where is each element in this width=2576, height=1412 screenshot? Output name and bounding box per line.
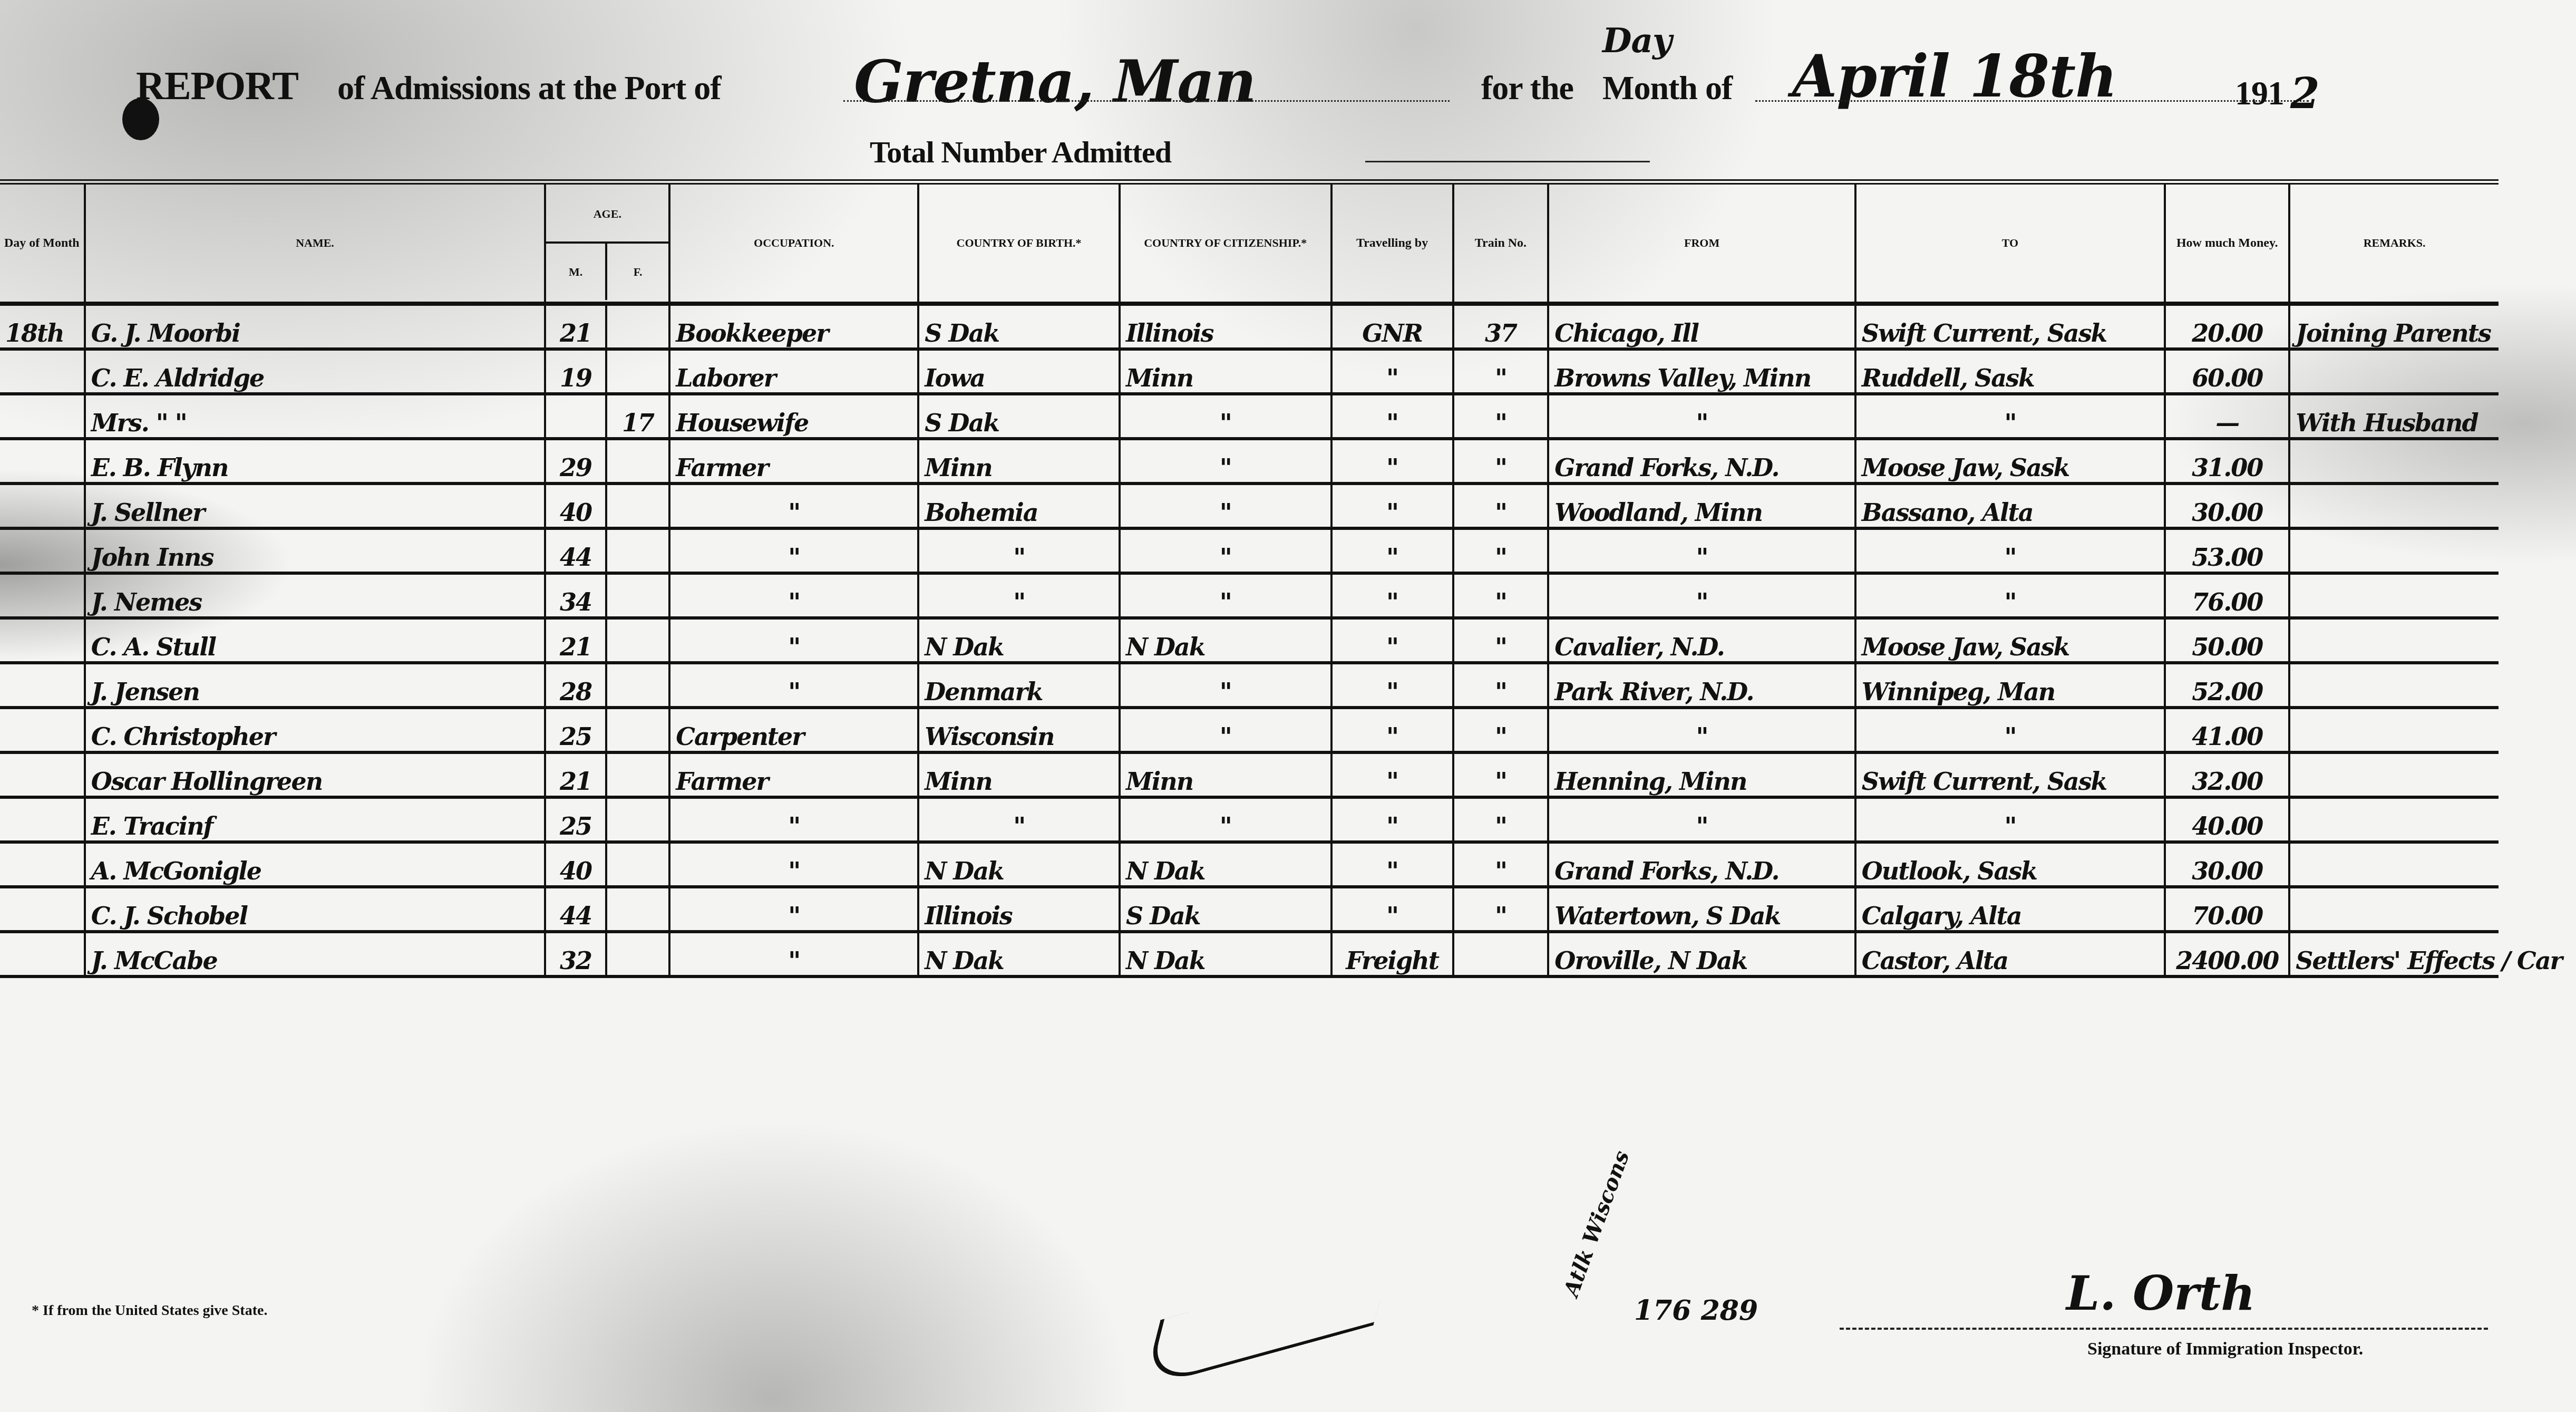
cell-country-birth: Denmark xyxy=(918,663,1120,708)
cell-country-citizenship: " xyxy=(1120,797,1331,842)
cell-travelling-by: " xyxy=(1331,483,1453,528)
cell-remarks xyxy=(2289,573,2499,618)
cell-travelling-by: " xyxy=(1331,394,1453,439)
cell-age-m: 34 xyxy=(545,573,606,618)
for-the-label: for the xyxy=(1481,69,1573,108)
cell-day xyxy=(0,573,85,618)
cell-money: 20.00 xyxy=(2165,304,2289,349)
cell-age-m: 29 xyxy=(545,439,606,483)
cell-age-m: 28 xyxy=(545,663,606,708)
cell-occupation: Farmer xyxy=(669,752,918,797)
cell-train-no: " xyxy=(1453,349,1549,394)
table-row: E. B. Flynn29FarmerMinn"""Grand Forks, N… xyxy=(0,439,2499,483)
cell-country-citizenship: Minn xyxy=(1120,752,1331,797)
cell-country-birth: N Dak xyxy=(918,932,1120,976)
cell-age-m: 25 xyxy=(545,797,606,842)
cell-country-citizenship: " xyxy=(1120,573,1331,618)
col-remarks: REMARKS. xyxy=(2289,185,2499,304)
cell-travelling-by: " xyxy=(1331,663,1453,708)
cell-country-citizenship: N Dak xyxy=(1120,618,1331,663)
col-day: Day of Month xyxy=(0,185,85,304)
cell-occupation: " xyxy=(669,932,918,976)
cell-occupation: Bookkeeper xyxy=(669,304,918,349)
cell-to: " xyxy=(1855,573,2165,618)
cell-to: Outlook, Sask xyxy=(1855,842,2165,887)
cell-to: Moose Jaw, Sask xyxy=(1855,439,2165,483)
cell-to: " xyxy=(1855,797,2165,842)
cell-money: 30.00 xyxy=(2165,842,2289,887)
cell-to: Winnipeg, Man xyxy=(1855,663,2165,708)
cell-travelling-by: " xyxy=(1331,797,1453,842)
cell-occupation: " xyxy=(669,887,918,932)
cell-remarks xyxy=(2289,797,2499,842)
cell-age-m: 32 xyxy=(545,932,606,976)
table-row: C. J. Schobel44"IllinoisS Dak""Watertown… xyxy=(0,887,2499,932)
cell-day xyxy=(0,483,85,528)
cell-country-birth: Bohemia xyxy=(918,483,1120,528)
cell-money: 31.00 xyxy=(2165,439,2289,483)
cell-money: 60.00 xyxy=(2165,349,2289,394)
cell-age-f xyxy=(606,797,670,842)
table-row: J. McCabe32"N DakN DakFreightOroville, N… xyxy=(0,932,2499,976)
total-admitted-field xyxy=(1365,161,1650,162)
cell-age-m: 25 xyxy=(545,708,606,752)
cell-remarks xyxy=(2289,887,2499,932)
cell-from: Grand Forks, N.D. xyxy=(1548,842,1855,887)
cell-to: " xyxy=(1855,394,2165,439)
cell-to: Ruddell, Sask xyxy=(1855,349,2165,394)
cell-train-no: " xyxy=(1453,752,1549,797)
cell-age-m: 44 xyxy=(545,887,606,932)
signature-label: Signature of Immigration Inspector. xyxy=(2087,1339,2363,1359)
cell-to: Swift Current, Sask xyxy=(1855,752,2165,797)
cell-country-birth: " xyxy=(918,797,1120,842)
cell-train-no: " xyxy=(1453,483,1549,528)
cell-train-no: " xyxy=(1453,394,1549,439)
total-admitted-label: Total Number Admitted xyxy=(870,134,1171,170)
cell-country-birth: Minn xyxy=(918,752,1120,797)
signature-line xyxy=(1840,1328,2488,1330)
cell-from: Chicago, Ill xyxy=(1548,304,1855,349)
cell-name: C. Christopher xyxy=(85,708,546,752)
cell-from: " xyxy=(1548,528,1855,573)
cell-occupation: " xyxy=(669,797,918,842)
cell-travelling-by: " xyxy=(1331,752,1453,797)
table-row: C. A. Stull21"N DakN Dak""Cavalier, N.D.… xyxy=(0,618,2499,663)
port-field: Gretna, Man xyxy=(854,47,1256,115)
table-row: E. Tracinf25"""""""40.00 xyxy=(0,797,2499,842)
cell-age-m: 44 xyxy=(545,528,606,573)
year-printed: 191 xyxy=(2235,74,2284,113)
cell-day xyxy=(0,618,85,663)
cell-age-m xyxy=(545,394,606,439)
cell-train-no: " xyxy=(1453,887,1549,932)
cell-day xyxy=(0,932,85,976)
cell-country-birth: " xyxy=(918,528,1120,573)
cell-age-m: 21 xyxy=(545,304,606,349)
cell-from: " xyxy=(1548,708,1855,752)
margin-note: Atlk Wiscons xyxy=(1560,1148,1634,1299)
cell-from: Henning, Minn xyxy=(1548,752,1855,797)
cell-name: E. B. Flynn xyxy=(85,439,546,483)
cell-from: Watertown, S Dak xyxy=(1548,887,1855,932)
cell-country-citizenship: Minn xyxy=(1120,349,1331,394)
cell-name: G. J. Moorbi xyxy=(85,304,546,349)
cell-money: 30.00 xyxy=(2165,483,2289,528)
table-row: Mrs. " "17HousewifeS Dak"""""—With Husba… xyxy=(0,394,2499,439)
cell-remarks xyxy=(2289,842,2499,887)
cell-age-f xyxy=(606,304,670,349)
cell-name: C. J. Schobel xyxy=(85,887,546,932)
cell-age-m: 40 xyxy=(545,483,606,528)
cell-remarks: Joining Parents xyxy=(2289,304,2499,349)
cell-occupation: Carpenter xyxy=(669,708,918,752)
month-of-label: Month of xyxy=(1602,69,1732,108)
col-country-citizenship: COUNTRY OF CITIZENSHIP.* xyxy=(1120,185,1331,304)
cell-day xyxy=(0,842,85,887)
cell-from: Cavalier, N.D. xyxy=(1548,618,1855,663)
cell-age-m: 21 xyxy=(545,752,606,797)
cell-country-citizenship: " xyxy=(1120,528,1331,573)
day-overwrite: Day xyxy=(1602,21,1671,61)
cell-remarks xyxy=(2289,439,2499,483)
col-money: How much Money. xyxy=(2165,185,2289,304)
cell-age-f xyxy=(606,573,670,618)
cell-age-f xyxy=(606,618,670,663)
cell-money: — xyxy=(2165,394,2289,439)
cell-train-no: " xyxy=(1453,663,1549,708)
cell-name: J. Sellner xyxy=(85,483,546,528)
cell-from: Browns Valley, Minn xyxy=(1548,349,1855,394)
cell-occupation: Laborer xyxy=(669,349,918,394)
col-to: TO xyxy=(1855,185,2165,304)
cell-age-f xyxy=(606,439,670,483)
cell-occupation: " xyxy=(669,528,918,573)
cell-from: Oroville, N Dak xyxy=(1548,932,1855,976)
cell-country-citizenship: S Dak xyxy=(1120,887,1331,932)
cell-country-birth: Wisconsin xyxy=(918,708,1120,752)
cell-name: Oscar Hollingreen xyxy=(85,752,546,797)
cell-age-m: 19 xyxy=(545,349,606,394)
table-row: C. E. Aldridge19LaborerIowaMinn""Browns … xyxy=(0,349,2499,394)
cell-country-citizenship: N Dak xyxy=(1120,932,1331,976)
cell-country-citizenship: N Dak xyxy=(1120,842,1331,887)
port-underline xyxy=(843,100,1450,102)
cell-remarks xyxy=(2289,618,2499,663)
cell-country-citizenship: " xyxy=(1120,708,1331,752)
admissions-label: of Admissions at the Port of xyxy=(337,69,721,108)
inspector-signature: L. Orth xyxy=(2066,1265,2256,1321)
cell-day xyxy=(0,528,85,573)
cell-country-birth: S Dak xyxy=(918,394,1120,439)
report-header: REPORT of Admissions at the Port of Gret… xyxy=(0,0,2576,190)
cell-remarks xyxy=(2289,483,2499,528)
cell-money: 52.00 xyxy=(2165,663,2289,708)
cell-to: Calgary, Alta xyxy=(1855,887,2165,932)
cell-day xyxy=(0,349,85,394)
cell-travelling-by: " xyxy=(1331,842,1453,887)
col-travelling-by: Travelling by xyxy=(1331,185,1453,304)
cell-occupation: Housewife xyxy=(669,394,918,439)
cell-train-no: 37 xyxy=(1453,304,1549,349)
cell-to: Moose Jaw, Sask xyxy=(1855,618,2165,663)
col-name: NAME. xyxy=(85,185,546,304)
cell-name: C. E. Aldridge xyxy=(85,349,546,394)
cell-country-birth: N Dak xyxy=(918,842,1120,887)
cell-travelling-by: " xyxy=(1331,573,1453,618)
cell-from: " xyxy=(1548,394,1855,439)
cell-age-f xyxy=(606,663,670,708)
cell-money: 70.00 xyxy=(2165,887,2289,932)
cell-train-no: " xyxy=(1453,618,1549,663)
col-age: AGE. M. F. xyxy=(545,185,669,304)
cell-name: C. A. Stull xyxy=(85,618,546,663)
cell-day: 18th xyxy=(0,304,85,349)
table-header: Day of Month NAME. AGE. M. F. OCCUPATION… xyxy=(0,185,2499,304)
cell-age-m: 40 xyxy=(545,842,606,887)
cell-money: 2400.00 xyxy=(2165,932,2289,976)
cell-country-birth: S Dak xyxy=(918,304,1120,349)
table-row: John Inns44"""""""53.00 xyxy=(0,528,2499,573)
cell-occupation: " xyxy=(669,573,918,618)
col-from: FROM xyxy=(1548,185,1855,304)
check-mark-icon xyxy=(1143,1257,1391,1389)
cell-remarks xyxy=(2289,528,2499,573)
cell-country-birth: Iowa xyxy=(918,349,1120,394)
cell-age-f xyxy=(606,708,670,752)
cell-day xyxy=(0,439,85,483)
cell-remarks xyxy=(2289,663,2499,708)
admissions-table: Day of Month NAME. AGE. M. F. OCCUPATION… xyxy=(0,179,2499,978)
cell-name: Mrs. " " xyxy=(85,394,546,439)
cell-name: J. Jensen xyxy=(85,663,546,708)
cell-to: " xyxy=(1855,528,2165,573)
col-age-f: F. xyxy=(607,244,668,300)
cell-name: John Inns xyxy=(85,528,546,573)
cell-name: E. Tracinf xyxy=(85,797,546,842)
cell-train-no: " xyxy=(1453,797,1549,842)
cell-travelling-by: " xyxy=(1331,708,1453,752)
cell-age-f xyxy=(606,842,670,887)
cell-day xyxy=(0,797,85,842)
cell-money: 41.00 xyxy=(2165,708,2289,752)
cell-from: Woodland, Minn xyxy=(1548,483,1855,528)
cell-name: J. McCabe xyxy=(85,932,546,976)
cell-from: " xyxy=(1548,573,1855,618)
cell-from: Grand Forks, N.D. xyxy=(1548,439,1855,483)
cell-day xyxy=(0,752,85,797)
cell-to: Bassano, Alta xyxy=(1855,483,2165,528)
cell-age-f xyxy=(606,887,670,932)
cell-money: 40.00 xyxy=(2165,797,2289,842)
cell-day xyxy=(0,708,85,752)
cell-age-m: 21 xyxy=(545,618,606,663)
cell-travelling-by: " xyxy=(1331,349,1453,394)
cell-age-f xyxy=(606,349,670,394)
cell-name: A. McGonigle xyxy=(85,842,546,887)
cell-country-citizenship: " xyxy=(1120,439,1331,483)
col-age-m: M. xyxy=(546,244,607,300)
table-row: 18thG. J. Moorbi21BookkeeperS DakIllinoi… xyxy=(0,304,2499,349)
table-row: J. Nemes34"""""""76.00 xyxy=(0,573,2499,618)
cell-remarks xyxy=(2289,349,2499,394)
cell-money: 76.00 xyxy=(2165,573,2289,618)
cell-travelling-by: " xyxy=(1331,528,1453,573)
table-row: A. McGonigle40"N DakN Dak""Grand Forks, … xyxy=(0,842,2499,887)
cell-country-birth: Minn xyxy=(918,439,1120,483)
cell-occupation: " xyxy=(669,483,918,528)
cell-money: 50.00 xyxy=(2165,618,2289,663)
cell-remarks: Settlers' Effects / Car xyxy=(2289,932,2499,976)
cell-to: Castor, Alta xyxy=(1855,932,2165,976)
month-underline xyxy=(1755,100,2309,102)
cell-age-f: 17 xyxy=(606,394,670,439)
cell-travelling-by: " xyxy=(1331,887,1453,932)
cell-age-f xyxy=(606,752,670,797)
cell-train-no: " xyxy=(1453,439,1549,483)
table-row: C. Christopher25CarpenterWisconsin"""""4… xyxy=(0,708,2499,752)
cell-country-citizenship: " xyxy=(1120,663,1331,708)
col-train-no: Train No. xyxy=(1453,185,1549,304)
cell-age-f xyxy=(606,932,670,976)
cell-country-birth: " xyxy=(918,573,1120,618)
cell-travelling-by: Freight xyxy=(1331,932,1453,976)
table-row: J. Sellner40"Bohemia"""Woodland, MinnBas… xyxy=(0,483,2499,528)
cell-name: J. Nemes xyxy=(85,573,546,618)
cell-age-f xyxy=(606,483,670,528)
table-row: Oscar Hollingreen21FarmerMinnMinn""Henni… xyxy=(0,752,2499,797)
cell-train-no xyxy=(1453,932,1549,976)
cell-from: Park River, N.D. xyxy=(1548,663,1855,708)
cell-money: 32.00 xyxy=(2165,752,2289,797)
cell-day xyxy=(0,663,85,708)
cell-country-citizenship: " xyxy=(1120,483,1331,528)
cell-occupation: " xyxy=(669,618,918,663)
col-age-label: AGE. xyxy=(546,186,668,244)
cell-train-no: " xyxy=(1453,708,1549,752)
cell-occupation: " xyxy=(669,842,918,887)
cell-train-no: " xyxy=(1453,842,1549,887)
cell-remarks: With Husband xyxy=(2289,394,2499,439)
cell-remarks xyxy=(2289,708,2499,752)
report-title: REPORT xyxy=(136,63,298,109)
margin-numbers: 176 289 xyxy=(1634,1297,1758,1324)
cell-country-birth: N Dak xyxy=(918,618,1120,663)
cell-from: " xyxy=(1548,797,1855,842)
cell-train-no: " xyxy=(1453,573,1549,618)
year-field: 2 xyxy=(2290,69,2319,118)
cell-remarks xyxy=(2289,752,2499,797)
cell-day xyxy=(0,887,85,932)
table-row: J. Jensen28"Denmark"""Park River, N.D.Wi… xyxy=(0,663,2499,708)
cell-age-f xyxy=(606,528,670,573)
cell-country-citizenship: Illinois xyxy=(1120,304,1331,349)
cell-country-citizenship: " xyxy=(1120,394,1331,439)
footnote: * If from the United States give State. xyxy=(32,1302,267,1319)
cell-money: 53.00 xyxy=(2165,528,2289,573)
cell-occupation: Farmer xyxy=(669,439,918,483)
cell-travelling-by: " xyxy=(1331,439,1453,483)
col-occupation: OCCUPATION. xyxy=(669,185,918,304)
cell-travelling-by: GNR xyxy=(1331,304,1453,349)
cell-train-no: " xyxy=(1453,528,1549,573)
cell-to: Swift Current, Sask xyxy=(1855,304,2165,349)
cell-to: " xyxy=(1855,708,2165,752)
cell-day xyxy=(0,394,85,439)
cell-country-birth: Illinois xyxy=(918,887,1120,932)
col-country-birth: COUNTRY OF BIRTH.* xyxy=(918,185,1120,304)
cell-travelling-by: " xyxy=(1331,618,1453,663)
cell-occupation: " xyxy=(669,663,918,708)
